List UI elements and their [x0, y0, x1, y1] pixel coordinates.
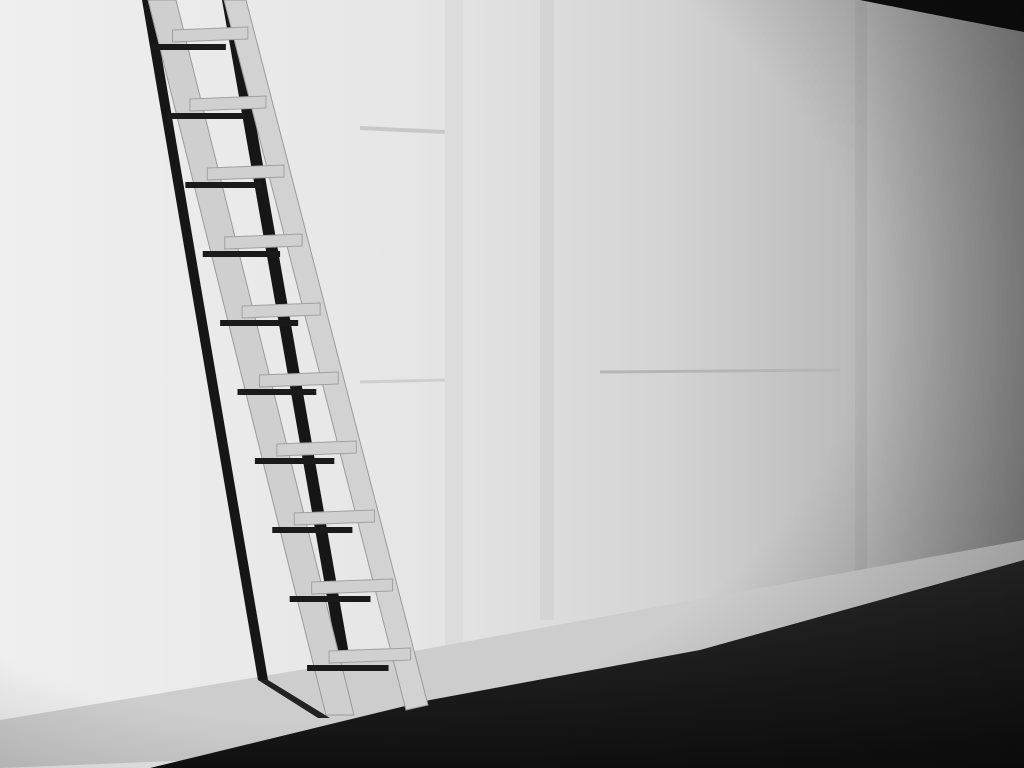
photograph: Black-and-white photograph of a wooden l… [0, 0, 1024, 768]
photo-scene [0, 0, 1024, 768]
